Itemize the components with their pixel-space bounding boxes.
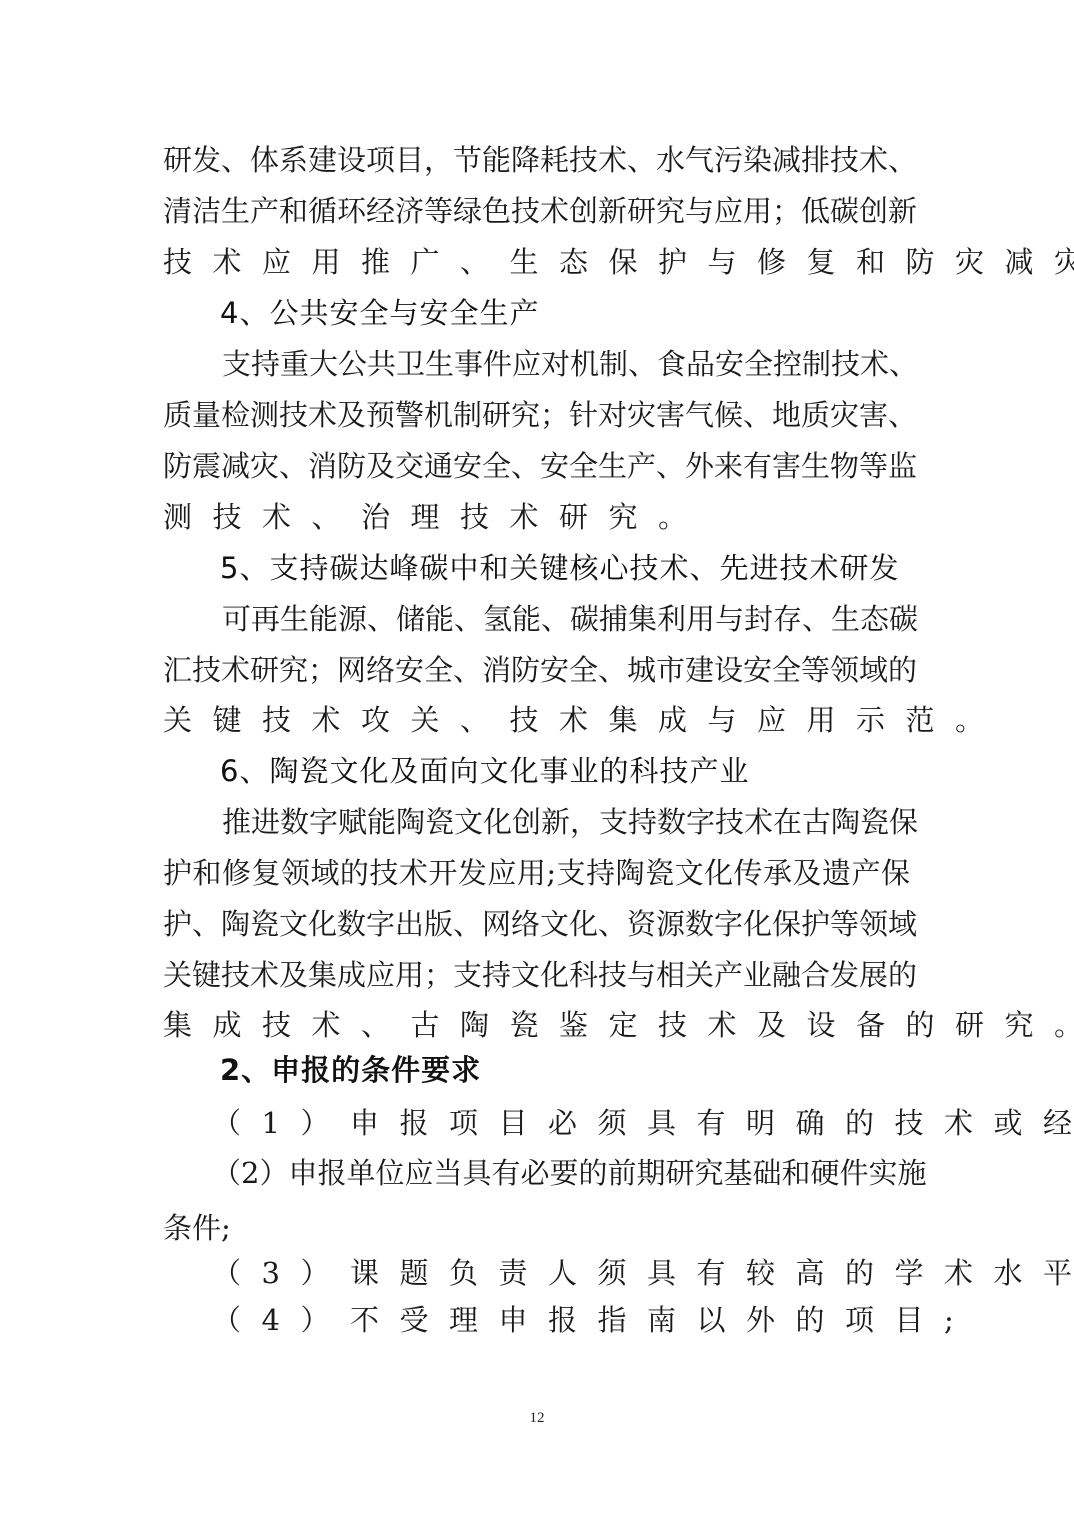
body-text-line: 护、陶瓷文化数字出版、网络文化、资源数字化保护等领域 [163, 904, 910, 944]
page-number: 12 [0, 1410, 1074, 1427]
body-text-line: 技术应用推广、生态保护与修复和防灾减灾技术。 [163, 242, 1074, 282]
body-text-line: 质量检测技术及预警机制研究；针对灾害气候、地质灾害、 [163, 395, 910, 435]
body-text-line: 清洁生产和循环经济等绿色技术创新研究与应用；低碳创新 [163, 191, 910, 231]
body-text-line: 集成技术、古陶瓷鉴定技术及设备的研究。 [163, 1005, 1074, 1045]
document-page: 研发、体系建设项目，节能降耗技术、水气污染减排技术、 清洁生产和循环经济等绿色技… [0, 0, 1074, 1520]
body-text-line: 推进数字赋能陶瓷文化创新，支持数字技术在古陶瓷保 [222, 802, 910, 842]
section-heading-5: 5、支持碳达峰碳中和关键核心技术、先进技术研发 [220, 548, 899, 588]
section-heading-4: 4、公共安全与安全生产 [220, 293, 539, 333]
section-heading-requirements: 2、申报的条件要求 [220, 1050, 481, 1090]
requirement-item-2: （2）申报单位应当具有必要的前期研究基础和硬件实施 [212, 1153, 918, 1193]
section-heading-6: 6、陶瓷文化及面向文化事业的科技产业 [220, 751, 749, 791]
body-text-line: 测技术、治理技术研究。 [163, 497, 708, 537]
body-text-line: 关键技术攻关、技术集成与应用示范。 [163, 700, 1005, 740]
requirement-item-3: （3）课题负责人须具有较高的学术水平; [212, 1253, 1074, 1293]
requirement-item-4: （4）不受理申报指南以外的项目; [212, 1300, 974, 1340]
body-text-line: 支持重大公共卫生事件应对机制、食品安全控制技术、 [222, 344, 910, 384]
body-text-line: 关键技术及集成应用；支持文化科技与相关产业融合发展的 [163, 955, 910, 995]
body-text-line: 可再生能源、储能、氢能、碳捕集利用与封存、生态碳 [222, 599, 910, 639]
requirement-item-2-continued: 条件; [163, 1208, 231, 1248]
body-text-line: 汇技术研究；网络安全、消防安全、城市建设安全等领域的 [163, 650, 910, 690]
body-text-line: 研发、体系建设项目，节能降耗技术、水气污染减排技术、 [163, 140, 910, 180]
requirement-item-1: （1）申报项目必须具有明确的技术或经济目标; [212, 1103, 1074, 1143]
body-text-line: 护和修复领域的技术开发应用;支持陶瓷文化传承及遗产保 [163, 853, 910, 893]
body-text-line: 防震减灾、消防及交通安全、安全生产、外来有害生物等监 [163, 446, 910, 486]
